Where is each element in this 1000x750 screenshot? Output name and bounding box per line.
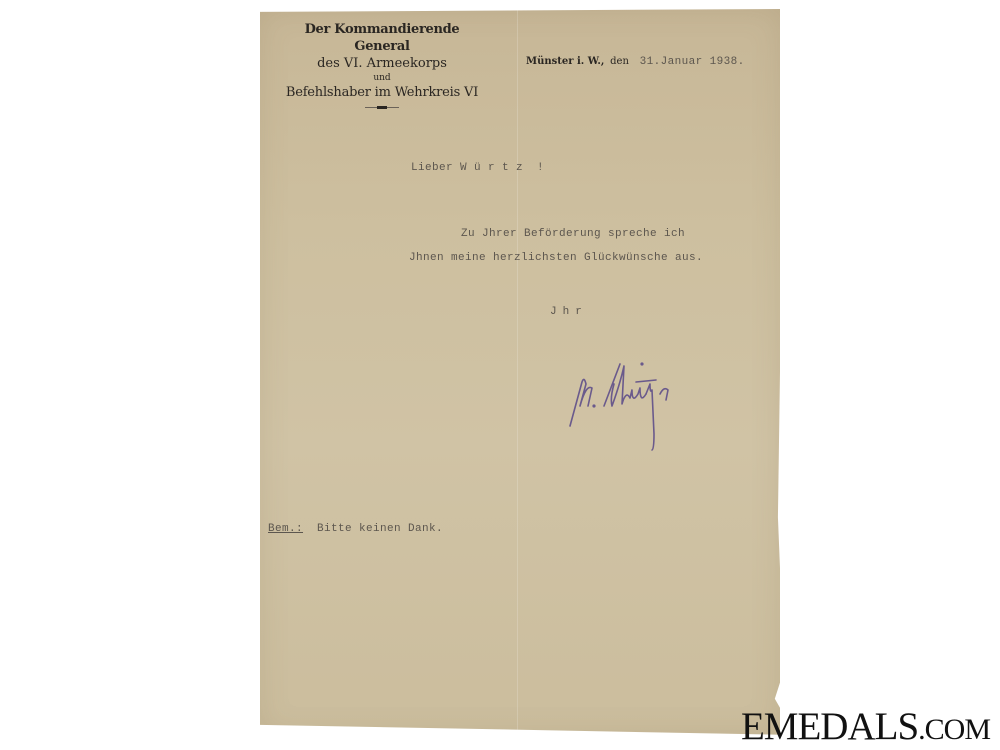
remark: Bem.: Bitte keinen Dank. [268, 523, 443, 535]
letterhead: Der Kommandierende General des VI. Armee… [282, 21, 482, 108]
letter-paper: Der Kommandierende General des VI. Armee… [260, 9, 780, 735]
place-and-date: Münster i. W., den 31.Januar 1938. [526, 55, 745, 68]
place: Münster i. W., [526, 56, 604, 67]
closing: Jhr [550, 306, 588, 318]
salutation: Lieber W ü r t z ! [411, 162, 544, 174]
letterhead-command: Befehlshaber im Wehrkreis VI [282, 84, 482, 101]
watermark: EMEDALS.COM [741, 707, 990, 746]
remark-label: Bem.: [268, 523, 303, 535]
paper-fold-line [517, 9, 518, 735]
letterhead-und: und [282, 72, 482, 84]
den-label: den [610, 56, 629, 67]
letterhead-title: Der Kommandierende General [282, 21, 482, 55]
watermark-suffix: .COM [918, 713, 990, 746]
remark-text: Bitte keinen Dank. [317, 523, 443, 535]
letterhead-corps: des VI. Armeekorps [282, 55, 482, 72]
signature-icon [560, 354, 710, 464]
body-line-2: Jhnen meine herzlichsten Glückwünsche au… [409, 252, 703, 264]
letter-date: 31.Januar 1938. [640, 56, 745, 68]
watermark-main: EMEDALS [741, 705, 918, 748]
body-line-1: Zu Jhrer Beförderung spreche ich [461, 228, 685, 240]
letterhead-divider [365, 107, 399, 108]
